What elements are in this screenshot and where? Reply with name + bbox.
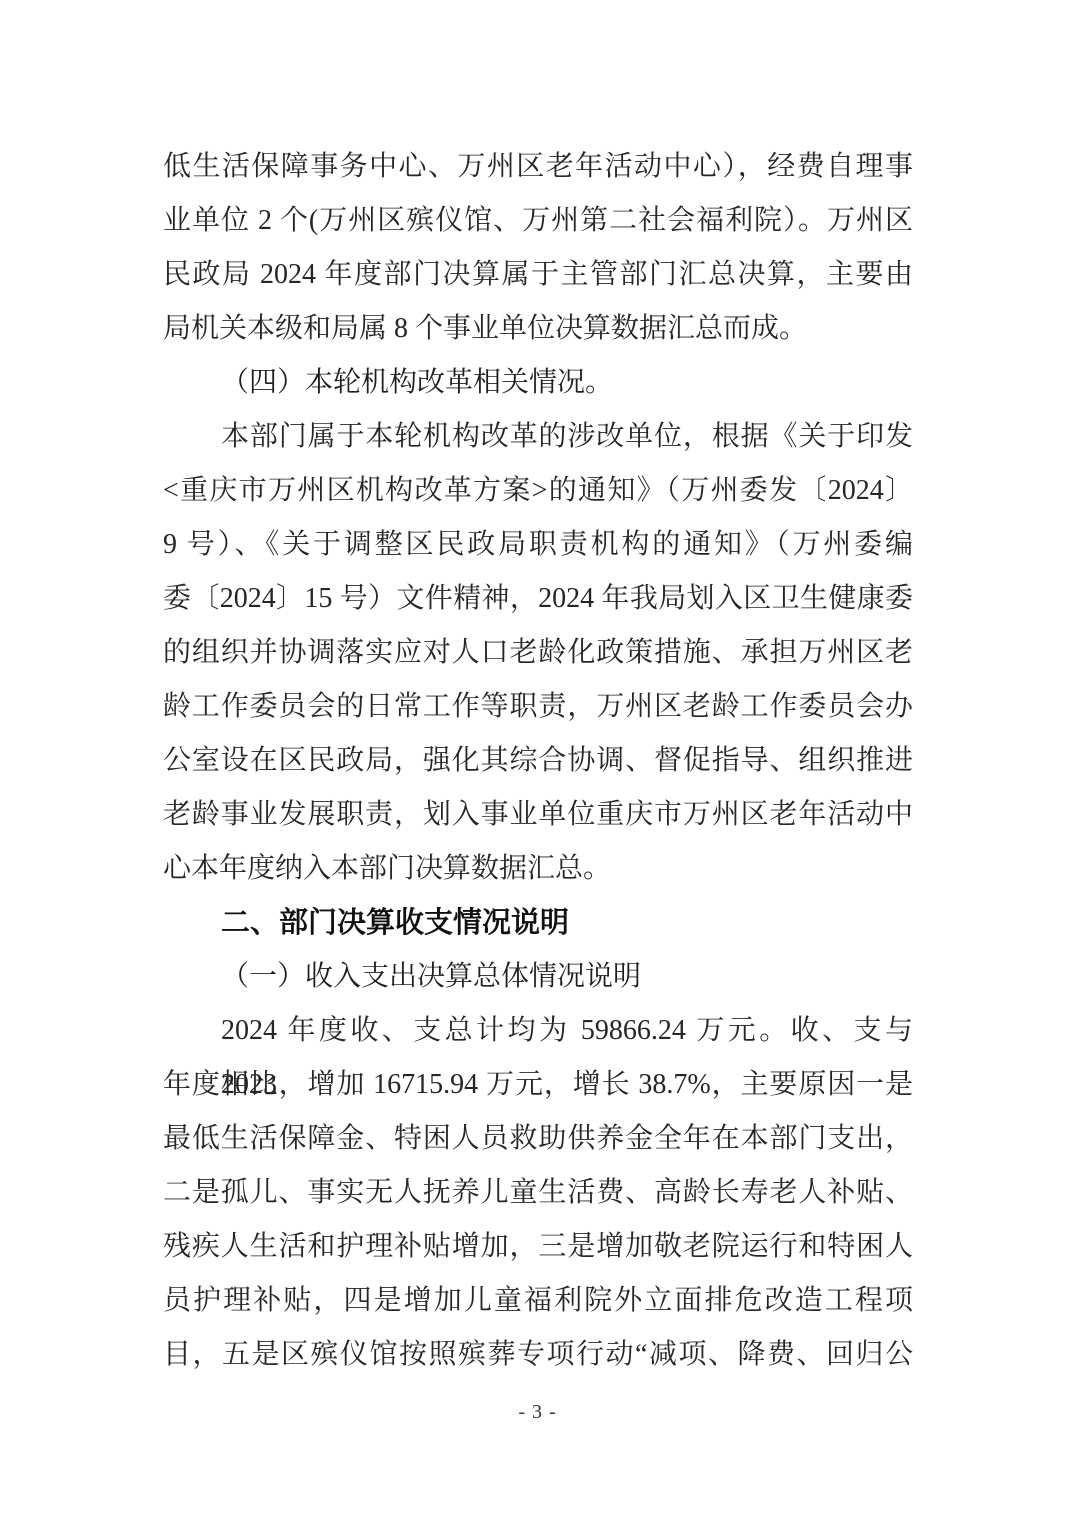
body-line: 年度相比，增加 16715.94 万元，增长 38.7%，主要原因一是: [163, 1058, 913, 1112]
subsection-heading-four: （四）本轮机构改革相关情况。: [163, 356, 913, 410]
body-line: 龄工作委员会的日常工作等职责，万州区老龄工作委员会办: [163, 680, 913, 734]
body-line: 二是孤儿、事实无人抚养儿童生活费、高龄长寿老人补贴、: [163, 1166, 913, 1220]
body-line: <重庆市万州区机构改革方案>的通知》（万州委发〔2024〕: [163, 464, 913, 518]
body-line: 员护理补贴，四是增加儿童福利院外立面排危改造工程项: [163, 1274, 913, 1328]
body-line: 低生活保障事务中心、万州区老年活动中心），经费自理事: [163, 140, 913, 194]
body-line-paragraph-end: 局机关本级和局属 8 个事业单位决算数据汇总而成。: [163, 302, 913, 356]
body-line: 最低生活保障金、特困人员救助供养金全年在本部门支出，: [163, 1112, 913, 1166]
body-line: 的组织并协调落实应对人口老龄化政策措施、承担万州区老: [163, 626, 913, 680]
footer-page-number: - 3 -: [0, 1398, 1075, 1426]
body-line-paragraph-start: 2024 年度收、支总计均为 59866.24 万元。收、支与 2023: [163, 1004, 913, 1058]
body-line: 业单位 2 个(万州区殡仪馆、万州第二社会福利院）。万州区: [163, 194, 913, 248]
body-line: 9 号）、《关于调整区民政局职责机构的通知》（万州委编: [163, 518, 913, 572]
body-line: 残疾人生活和护理补贴增加，三是增加敬老院运行和特困人: [163, 1220, 913, 1274]
body-line: 目，五是区殡仪馆按照殡葬专项行动“减项、降费、回归公: [163, 1328, 913, 1382]
subsection-heading-one: （一）收入支出决算总体情况说明: [163, 950, 913, 1004]
body-line: 委〔2024〕15 号）文件精神，2024 年我局划入区卫生健康委: [163, 572, 913, 626]
body-line: 老龄事业发展职责，划入事业单位重庆市万州区老年活动中: [163, 788, 913, 842]
document-page: 低生活保障事务中心、万州区老年活动中心），经费自理事 业单位 2 个(万州区殡仪…: [0, 0, 1075, 1520]
body-line-paragraph-start: 本部门属于本轮机构改革的涉改单位，根据《关于印发: [163, 410, 913, 464]
section-heading-two: 二、部门决算收支情况说明: [163, 896, 913, 950]
document-text-block: 低生活保障事务中心、万州区老年活动中心），经费自理事 业单位 2 个(万州区殡仪…: [163, 140, 913, 1382]
body-line: 公室设在区民政局，强化其综合协调、督促指导、组织推进: [163, 734, 913, 788]
body-line: 民政局 2024 年度部门决算属于主管部门汇总决算，主要由: [163, 248, 913, 302]
body-line-paragraph-end: 心本年度纳入本部门决算数据汇总。: [163, 842, 913, 896]
